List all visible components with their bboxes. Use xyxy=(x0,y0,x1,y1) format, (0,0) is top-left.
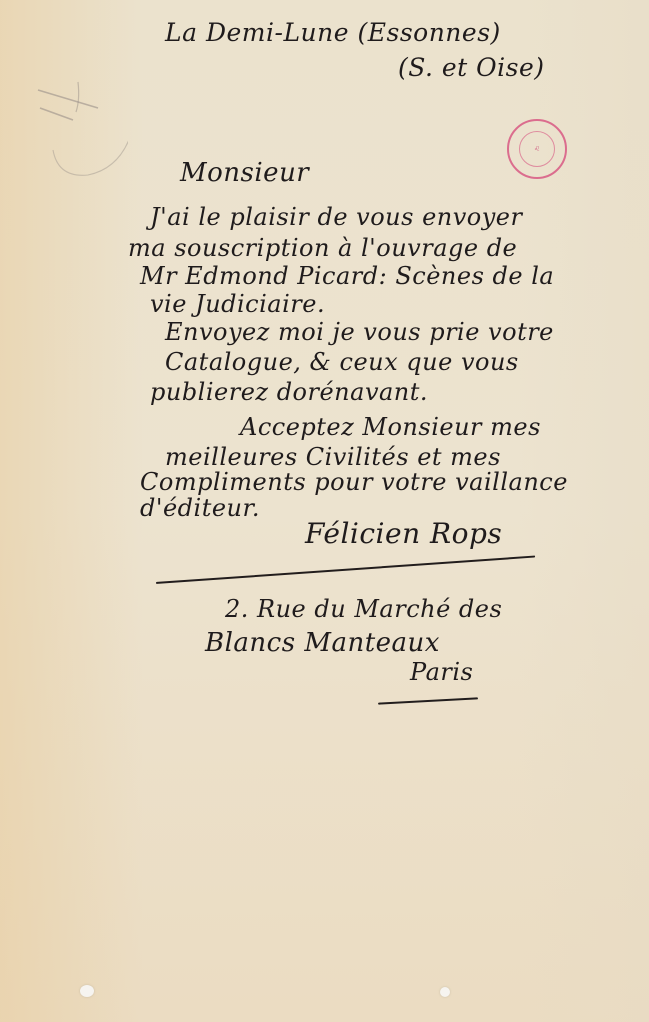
body-line: meilleures Civilités et mes xyxy=(165,445,501,469)
body-line: vie Judiciaire. xyxy=(150,292,325,316)
lion-emblem-icon: ♌ xyxy=(519,131,555,167)
letter-heading-place: La Demi-Lune (Essonnes) xyxy=(165,20,501,45)
body-line: publierez dorénavant. xyxy=(150,380,428,404)
body-line: Catalogue, & ceux que vous xyxy=(165,350,519,374)
body-line: Envoyez moi je vous prie votre xyxy=(165,320,554,344)
body-line: Mr Edmond Picard: Scènes de la xyxy=(140,264,554,288)
paper-hole xyxy=(80,985,94,997)
body-line: Compliments pour votre vaillance xyxy=(140,470,568,494)
address-underline xyxy=(378,697,478,704)
pencil-archive-mark xyxy=(18,70,128,180)
address-line: Blancs Manteaux xyxy=(205,630,440,656)
signature-flourish xyxy=(156,555,535,584)
salutation: Monsieur xyxy=(180,160,309,186)
body-line: ma souscription à l'ouvrage de xyxy=(128,236,517,260)
address-line: 2. Rue du Marché des xyxy=(225,597,502,621)
paper-hole xyxy=(440,987,450,997)
signature: Félicien Rops xyxy=(305,520,502,548)
body-line: Acceptez Monsieur mes xyxy=(240,415,541,439)
letter-page: La Demi-Lune (Essonnes) (S. et Oise) ♌ M… xyxy=(0,0,649,1022)
body-line: d'éditeur. xyxy=(140,496,260,520)
letter-heading-region: (S. et Oise) xyxy=(398,55,545,80)
archive-stamp: ♌ xyxy=(507,119,567,179)
body-line: J'ai le plaisir de vous envoyer xyxy=(150,205,522,229)
address-line: Paris xyxy=(410,660,473,684)
